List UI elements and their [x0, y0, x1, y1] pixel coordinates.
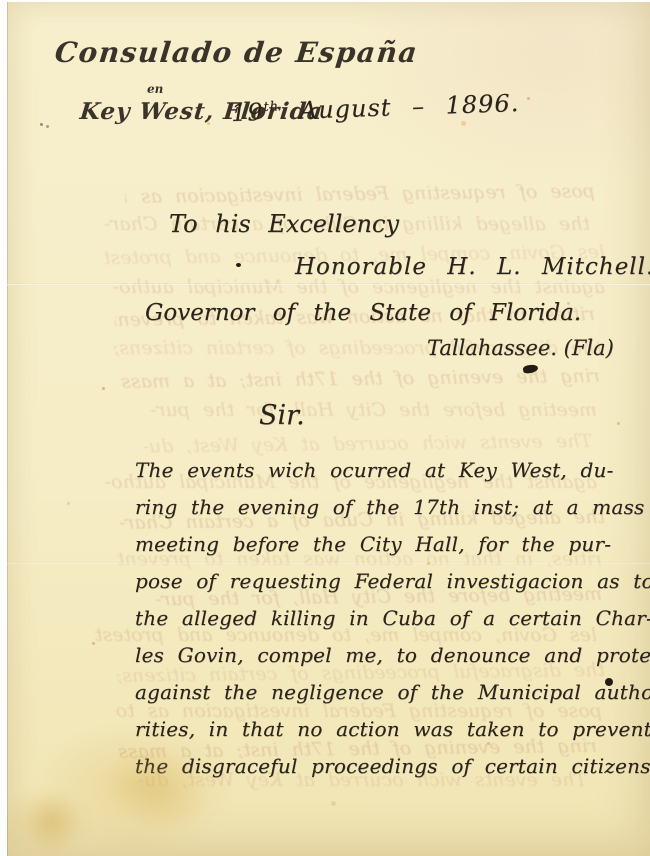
address-to-excellency: To his Excellency	[169, 210, 399, 238]
foxing-spots	[102, 387, 105, 390]
body-line: les Govin, compel me, to denounce and pr…	[135, 637, 635, 674]
letterhead-consulate-name: Consulado de España	[53, 36, 420, 69]
scanned-letter: pose of requesting Federal investigacion…	[0, 0, 650, 856]
body-line: The events wich ocurred at Key West, du-	[135, 452, 635, 489]
body-line: the disgraceful proceedings of certain c…	[135, 748, 635, 785]
fold-crease	[7, 283, 650, 286]
pencil-speck	[40, 123, 43, 126]
body-line: ring the evening of the 17th inst; at a …	[135, 489, 635, 526]
body-line: rities, in that no action was taken to p…	[135, 711, 635, 748]
letter-body: The events wich ocurred at Key West, du-…	[135, 452, 635, 785]
bleedthrough-line: meeting before the City Hall, for the pu…	[75, 399, 597, 421]
bleedthrough-line: pose of requesting Federal investigacion…	[125, 180, 595, 208]
body-line: the alleged killing in Cuba of a certain…	[135, 600, 635, 637]
address-city: Tallahassee. (Fla)	[427, 336, 614, 360]
address-recipient-title: Governor of the State of Florida.	[145, 300, 581, 326]
date-day: 19	[231, 98, 265, 127]
salutation: Sir.	[259, 400, 305, 431]
ink-blot	[236, 263, 241, 267]
paper-stain	[25, 792, 80, 852]
address-recipient-name: Honorable H. L. Mitchell.	[295, 254, 650, 280]
letter-page: pose of requesting Federal investigacion…	[7, 2, 650, 856]
body-line: against the negligence of the Municipal …	[135, 674, 635, 711]
ink-blot	[605, 678, 613, 686]
letterhead-connector: en	[147, 82, 163, 96]
date-ordinal: th	[263, 99, 279, 115]
body-line: meeting before the City Hall, for the pu…	[135, 526, 635, 563]
body-line: pose of requesting Federal investigacion…	[135, 563, 635, 600]
